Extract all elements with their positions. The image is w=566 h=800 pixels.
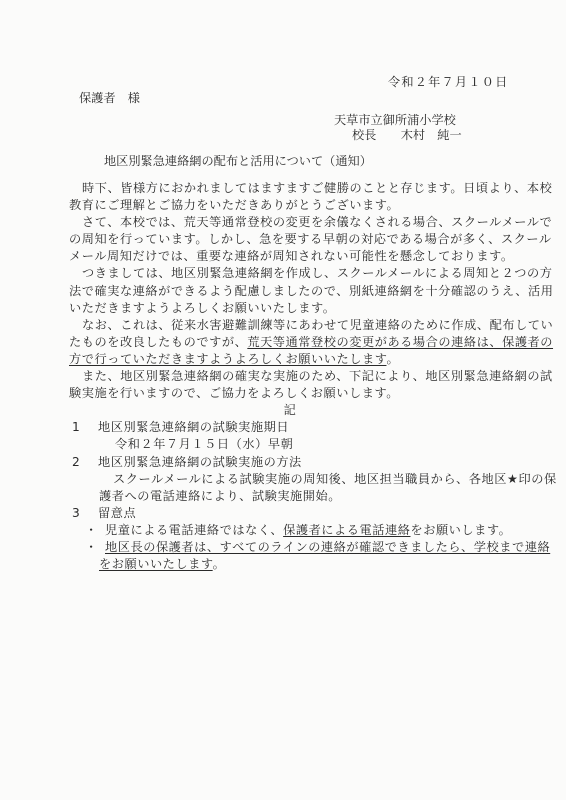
bullet-continuation: をお願いいたします。 bbox=[69, 556, 511, 573]
underlined-emphasis: 荒天等通常登校の変更がある場合の連絡は、保護者の bbox=[247, 335, 553, 349]
item-detail: 令和２年７月１５日（水）早朝 bbox=[69, 436, 511, 453]
text-plain: 児童による電話連絡ではなく、 bbox=[105, 523, 283, 537]
item-heading-line: 2地区別緊急連絡網の試験実施の方法 bbox=[69, 454, 511, 471]
item-number: 1 bbox=[69, 419, 98, 436]
text-plain: 。 bbox=[386, 352, 399, 366]
text-plain: 。 bbox=[213, 557, 226, 571]
item-detail: スクールメールによる試験実施の周知後、地区担当職員から、各地区★印の保 bbox=[69, 471, 511, 488]
item-heading: 地区別緊急連絡網の試験実施期日 bbox=[98, 420, 289, 434]
recipient: 保護者 様 bbox=[79, 89, 140, 106]
item-heading-line: 3留意点 bbox=[69, 505, 511, 522]
underlined-emphasis: 方で行っていただきますようよろしくお願いいたします bbox=[69, 352, 386, 366]
bullet-icon: ・ bbox=[69, 539, 105, 556]
text-plain: たものを改良したものですが、 bbox=[69, 335, 247, 349]
document-title: 地区別緊急連絡網の配布と活用について（通知） bbox=[104, 152, 372, 169]
paragraph-purpose: つきましては、地区別緊急連絡網を作成し、スクールメールによる周知と２つの方 法で… bbox=[69, 265, 511, 316]
item-heading: 留意点 bbox=[98, 506, 136, 520]
item-2: 2地区別緊急連絡網の試験実施の方法 スクールメールによる試験実施の周知後、地区担… bbox=[69, 454, 511, 505]
text-line: たものを改良したものですが、荒天等通常登校の変更がある場合の連絡は、保護者の bbox=[69, 334, 511, 351]
underlined-emphasis: をお願いいたします bbox=[99, 557, 213, 571]
item-heading: 地区別緊急連絡網の試験実施の方法 bbox=[98, 455, 302, 469]
text-line: いただきますようよろしくお願いいたします。 bbox=[69, 300, 511, 317]
text-line: つきましては、地区別緊急連絡網を作成し、スクールメールによる周知と２つの方 bbox=[69, 265, 511, 282]
item-heading-line: 1地区別緊急連絡網の試験実施期日 bbox=[69, 419, 511, 436]
item-detail: 護者への電話連絡により、試験実施開始。 bbox=[69, 488, 511, 505]
paragraph-request: また、地区別緊急連絡網の確実な実施のため、下記により、地区別緊急連絡網の試 験実… bbox=[69, 368, 511, 402]
paragraph-greeting: 時下、皆様方におかれましてはますますご健勝のことと存じます。日頃より、本校 教育… bbox=[69, 180, 511, 214]
item-number: 3 bbox=[69, 505, 98, 522]
bullet-item: ・児童による電話連絡ではなく、保護者による電話連絡をお願いします。 bbox=[69, 522, 511, 539]
text-plain: をお願いします。 bbox=[410, 523, 511, 537]
text-line: さて、本校では、荒天等通常登校の変更を余儀なくされる場合、スクールメールで bbox=[69, 214, 511, 231]
notice-heading: 記 bbox=[69, 402, 511, 419]
underlined-emphasis: 保護者による電話連絡 bbox=[283, 523, 410, 537]
item-number: 2 bbox=[69, 454, 98, 471]
document-date: 令和２年７月１０日 bbox=[388, 73, 509, 90]
underlined-emphasis: 地区長の保護者は、すべてのラインの連絡が確認できましたら、学校まで連絡 bbox=[105, 540, 550, 554]
text-line: 方で行っていただきますようよろしくお願いいたします。 bbox=[69, 351, 511, 368]
paragraph-background: さて、本校では、荒天等通常登校の変更を余儀なくされる場合、スクールメールで の周… bbox=[69, 214, 511, 265]
text-line: の周知を行っています。しかし、急を要する早朝の対応である場合が多く、スクール bbox=[69, 231, 511, 248]
paragraph-note: なお、これは、従来水害避難訓練等にあわせて児童連絡のために作成、配布してい たも… bbox=[69, 317, 511, 368]
bullet-icon: ・ bbox=[69, 522, 105, 539]
text-line: なお、これは、従来水害避難訓練等にあわせて児童連絡のために作成、配布してい bbox=[69, 317, 511, 334]
text-line: また、地区別緊急連絡網の確実な実施のため、下記により、地区別緊急連絡網の試 bbox=[69, 368, 511, 385]
sender-principal: 校長 木村 純一 bbox=[352, 126, 462, 143]
text-line: 験実施を行いますので、ご協力をよろしくお願いします。 bbox=[69, 385, 511, 402]
item-3: 3留意点 ・児童による電話連絡ではなく、保護者による電話連絡をお願いします。 ・… bbox=[69, 505, 511, 573]
document-body: 時下、皆様方におかれましてはますますご健勝のことと存じます。日頃より、本校 教育… bbox=[69, 180, 511, 573]
text-line: 法で確実な連絡ができるよう配慮しましたので、別紙連絡網を十分確認のうえ、活用 bbox=[69, 283, 511, 300]
item-1: 1地区別緊急連絡網の試験実施期日 令和２年７月１５日（水）早朝 bbox=[69, 419, 511, 453]
text-line: 教育にご理解とご協力をいただきありがとうございます。 bbox=[69, 197, 511, 214]
text-line: 時下、皆様方におかれましてはますますご健勝のことと存じます。日頃より、本校 bbox=[69, 180, 511, 197]
bullet-item: ・地区長の保護者は、すべてのラインの連絡が確認できましたら、学校まで連絡 bbox=[69, 539, 511, 556]
text-line: メール周知だけでは、重要な連絡が周知されない可能性を懸念しております。 bbox=[69, 248, 511, 265]
